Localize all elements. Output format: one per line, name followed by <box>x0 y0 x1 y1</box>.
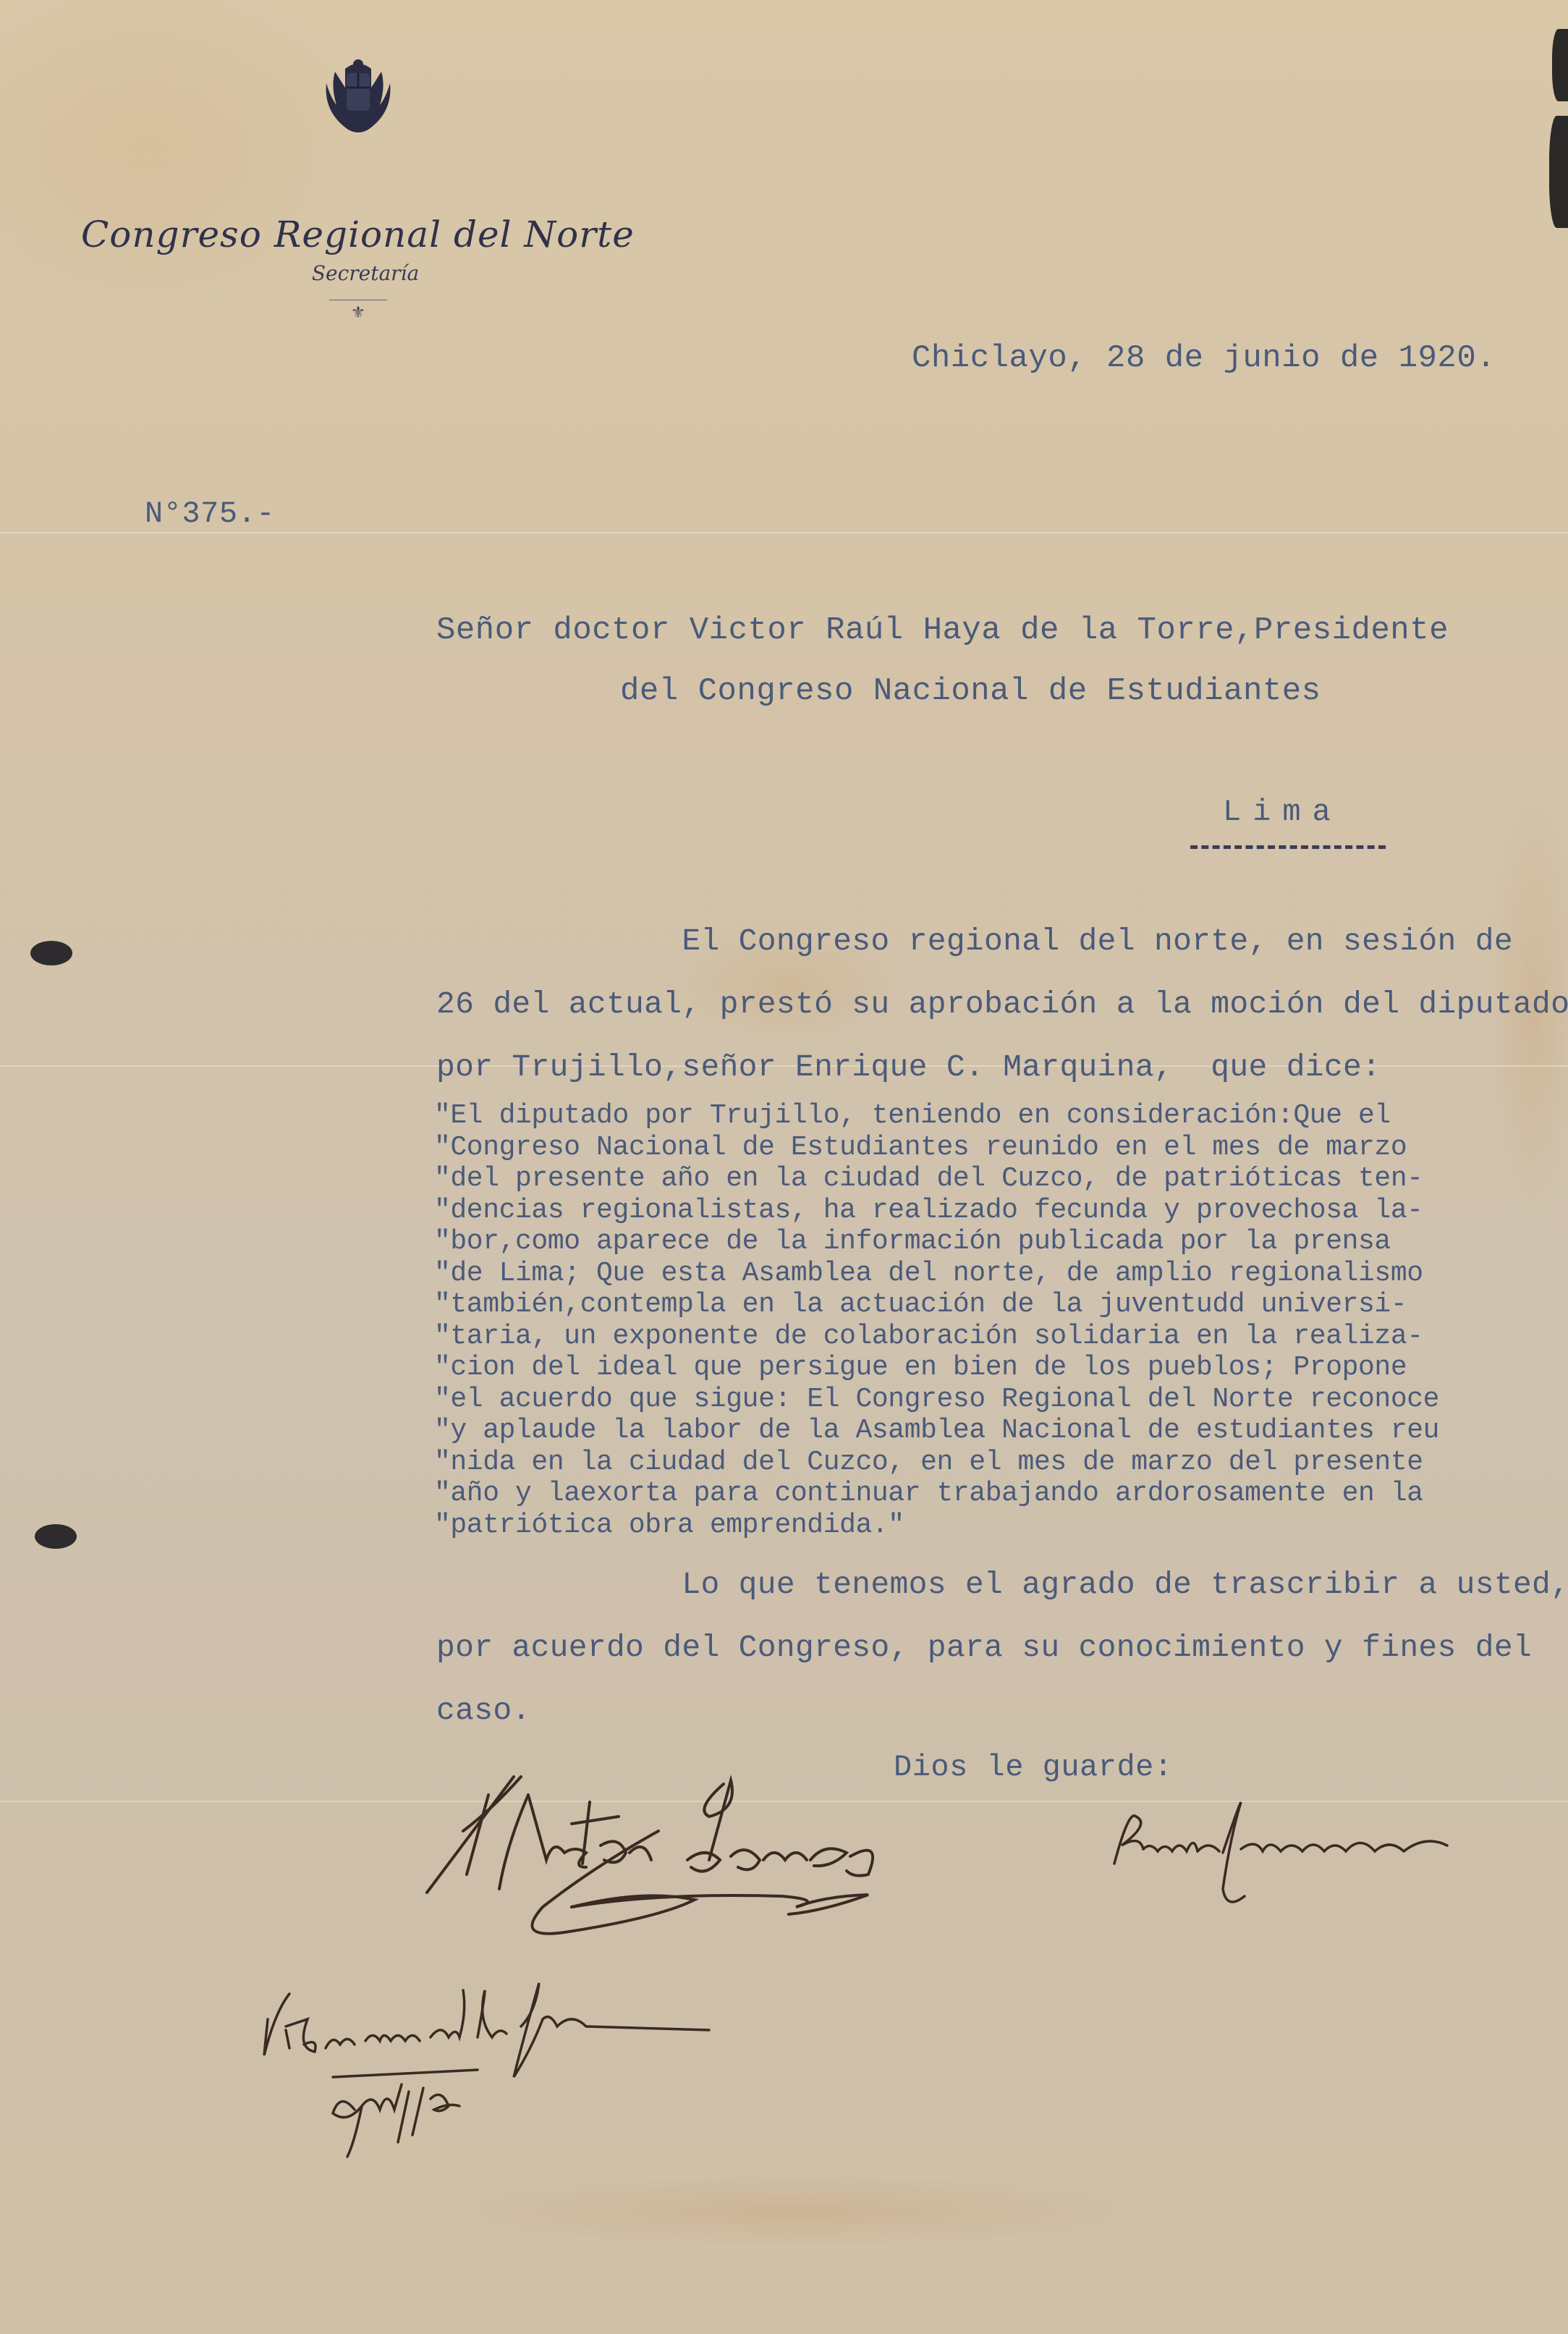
organization-subtitle: Secretaría <box>72 261 644 285</box>
city-underline <box>1190 845 1386 849</box>
text-line: por acuerdo del Congreso, para su conoci… <box>436 1616 1536 1679</box>
text-line: Lo que tenemos el agrado de trascribir a… <box>436 1553 1536 1616</box>
signature-secondary: Buenaventura Cárdenas <box>1107 1795 1483 1925</box>
quote-line: "cion del ideal que persigue en bien de … <box>434 1352 1563 1384</box>
quote-line: "dencias regionalistas, ha realizado fec… <box>434 1195 1563 1227</box>
punch-hole <box>35 1524 77 1549</box>
letterhead: Congreso Regional del Norte Secretaría ⚜ <box>72 54 644 322</box>
reference-number: N°375.- <box>145 496 275 531</box>
torn-edge <box>1552 29 1568 101</box>
addressee-city: Lima <box>1223 795 1342 829</box>
punch-hole <box>30 941 72 965</box>
text-line: por Trujillo,señor Enrique C. Marquina, … <box>436 1036 1536 1099</box>
quote-line: "patriótica obra emprendida." <box>434 1510 1563 1542</box>
quote-line: "bor,como aparece de la información publ… <box>434 1226 1563 1258</box>
quote-line: "año y laexorta para continuar trabajand… <box>434 1478 1563 1510</box>
text-line: 26 del actual, prestó su aprobación a la… <box>436 973 1536 1036</box>
paper-fold-line <box>0 532 1568 533</box>
coat-of-arms-icon <box>319 54 397 135</box>
addressee-line-1: Señor doctor Victor Raúl Haya de la Torr… <box>436 612 1449 648</box>
quote-line: "del presente año en la ciudad del Cuzco… <box>434 1163 1563 1195</box>
quote-line: "nida en la ciudad del Cuzco, en el mes … <box>434 1447 1563 1479</box>
quote-line: "taria, un exponente de colaboración sol… <box>434 1321 1563 1353</box>
paragraph-intro: El Congreso regional del norte, en sesió… <box>436 910 1536 1099</box>
text-line: caso. <box>436 1679 1536 1742</box>
quote-line: "y aplaude la labor de la Asamblea Nacio… <box>434 1415 1563 1447</box>
quote-line: "también,contempla en la actuación de la… <box>434 1289 1563 1321</box>
quote-line: "El diputado por Trujillo, teniendo en c… <box>434 1100 1563 1132</box>
quote-line: "Congreso Nacional de Estudiantes reunid… <box>434 1132 1563 1164</box>
ornament-icon: ⚜ <box>329 300 387 322</box>
text-line: El Congreso regional del norte, en sesió… <box>436 910 1536 973</box>
handwritten-annotation: Visto en reunión de la fecha Agosto 7/92… <box>246 1969 1013 2178</box>
quote-line: "el acuerdo que sigue: El Congreso Regio… <box>434 1384 1563 1416</box>
signature-primary: J. Néstor Torres <box>420 1751 1071 1969</box>
quoted-motion: "El diputado por Trujillo, teniendo en c… <box>434 1100 1563 1541</box>
addressee-line-2: del Congreso Nacional de Estudiantes <box>620 673 1321 709</box>
quote-line: "de Lima; Que esta Asamblea del norte, d… <box>434 1258 1563 1290</box>
torn-edge <box>1549 116 1568 228</box>
dateline: Chiclayo, 28 de junio de 1920. <box>912 340 1496 376</box>
organization-name: Congreso Regional del Norte <box>72 213 644 255</box>
paragraph-closing: Lo que tenemos el agrado de trascribir a… <box>436 1553 1536 1742</box>
